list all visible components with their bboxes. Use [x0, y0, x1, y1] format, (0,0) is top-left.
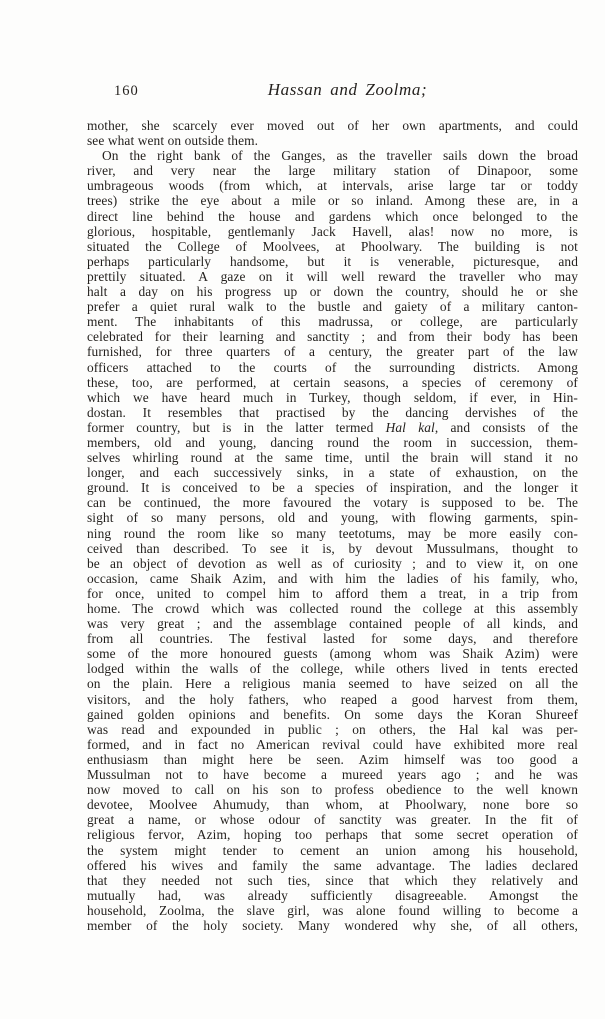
text-segment: was read and expounded in public ; on ot… [87, 722, 578, 737]
text-segment: offered his wives and family the same ad… [87, 858, 578, 873]
text-segment: household, Zoolma, the slave girl, was a… [87, 903, 578, 918]
text-line: that they needed not such ties, since th… [87, 873, 578, 888]
text-segment: these, too, are performed, at certain se… [87, 375, 578, 390]
text-segment: which we have heard much in Turkey, thou… [87, 390, 578, 405]
text-line: religious fervor, Azim, hoping too perha… [87, 827, 578, 842]
italic-term: Hal kal [386, 420, 435, 435]
text-line: for once, united to compel him to afford… [87, 586, 578, 601]
text-line: offered his wives and family the same ad… [87, 858, 578, 873]
text-segment: enthusiasm than might here be seen. Azim… [87, 752, 578, 767]
text-segment: from all countries. The festival lasted … [87, 631, 578, 646]
page-header: 160 Hassan and Zoolma; [87, 80, 578, 104]
text-line: these, too, are performed, at certain se… [87, 375, 578, 390]
text-segment: the system might tender to cement an uni… [87, 843, 578, 858]
text-segment: sight of so many persons, old and young,… [87, 510, 578, 525]
text-line: longer, and each successively sinks, in … [87, 465, 578, 480]
text-block: mother, she scarcely ever moved out of h… [87, 118, 578, 933]
text-line: which we have heard much in Turkey, thou… [87, 390, 578, 405]
text-segment: for once, united to compel him to afford… [87, 586, 578, 601]
text-line: glorious, hospitable, gentlemanly Jack H… [87, 224, 578, 239]
text-line: river, and very near the large military … [87, 163, 578, 178]
text-segment: ment. The inhabitants of this madrussa, … [87, 314, 578, 329]
text-line: furnished, for three quarters of a centu… [87, 344, 578, 359]
text-line: prettily situated. A gaze on it will wel… [87, 269, 578, 284]
text-line: now moved to call on his son to profess … [87, 782, 578, 797]
text-line: perhaps particularly handsome, but it is… [87, 254, 578, 269]
text-line: On the right bank of the Ganges, as the … [87, 148, 578, 163]
text-segment: prettily situated. A gaze on it will wel… [87, 269, 578, 284]
text-segment: can be continued, the more favoured the … [87, 495, 578, 510]
text-line: devotee, Moolvee Ahumudy, than whom, at … [87, 797, 578, 812]
running-title: Hassan and Zoolma; [87, 80, 578, 100]
text-line: some of the more honoured guests (among … [87, 646, 578, 661]
text-line: sight of so many persons, old and young,… [87, 510, 578, 525]
text-line: lodged within the walls of the college, … [87, 661, 578, 676]
text-line: household, Zoolma, the slave girl, was a… [87, 903, 578, 918]
text-segment: Mussulman not to have become a mureed ye… [87, 767, 578, 782]
text-line: the system might tender to cement an uni… [87, 843, 578, 858]
book-page: 160 Hassan and Zoolma; mother, she scarc… [0, 0, 605, 1019]
text-segment: prefer a quiet rural walk to the bustle … [87, 299, 578, 314]
text-line: celebrated for their learning and sancti… [87, 329, 578, 344]
text-segment: perhaps particularly handsome, but it is… [87, 254, 578, 269]
text-line: dostan. It resembles that practised by t… [87, 405, 578, 420]
text-line: be an object of devotion as well as of c… [87, 556, 578, 571]
text-line: formed, and in fact no American revival … [87, 737, 578, 752]
text-segment: visitors, and the holy fathers, who reap… [87, 692, 578, 707]
text-segment: ning round the room like so many teetotu… [87, 526, 578, 541]
text-line: visitors, and the holy fathers, who reap… [87, 692, 578, 707]
text-segment: devotee, Moolvee Ahumudy, than whom, at … [87, 797, 578, 812]
text-segment: dostan. It resembles that practised by t… [87, 405, 578, 420]
text-line: mutually had, was already sufficiently d… [87, 888, 578, 903]
text-segment: ground. It is conceived to be a species … [87, 480, 578, 495]
text-segment: religious fervor, Azim, hoping too perha… [87, 827, 578, 842]
text-line: trees) strike the eye about a mile or so… [87, 193, 578, 208]
text-line: see what went on outside them. [87, 133, 578, 148]
text-segment: occasion, came Shaik Azim, and with him … [87, 571, 578, 586]
text-segment: selves whirling round at the same time, … [87, 450, 578, 465]
text-line: was very great ; and the assemblage cont… [87, 616, 578, 631]
text-line: Mussulman not to have become a mureed ye… [87, 767, 578, 782]
text-line: can be continued, the more favoured the … [87, 495, 578, 510]
text-segment: be an object of devotion as well as of c… [87, 556, 578, 571]
text-line: situated the College of Moolvees, at Pho… [87, 239, 578, 254]
text-segment: officers attached to the courts of the s… [87, 360, 578, 375]
text-segment: now moved to call on his son to profess … [87, 782, 578, 797]
text-segment: mother, she scarcely ever moved out of h… [87, 118, 578, 133]
text-segment: great a name, or whose odour of sanctity… [87, 812, 578, 827]
text-segment: halt a day on his progress up or down th… [87, 284, 578, 299]
text-segment: , and consists of the [435, 420, 578, 435]
text-segment: river, and very near the large military … [87, 163, 578, 178]
text-line: officers attached to the courts of the s… [87, 360, 578, 375]
text-line: halt a day on his progress up or down th… [87, 284, 578, 299]
text-segment: celebrated for their learning and sancti… [87, 329, 578, 344]
text-line: prefer a quiet rural walk to the bustle … [87, 299, 578, 314]
text-segment: that they needed not such ties, since th… [87, 873, 578, 888]
text-segment: gained golden opinions and benefits. On … [87, 707, 578, 722]
text-line: member of the holy society. Many wondere… [87, 918, 578, 933]
text-segment: glorious, hospitable, gentlemanly Jack H… [87, 224, 578, 239]
text-segment: furnished, for three quarters of a centu… [87, 344, 578, 359]
text-line: was read and expounded in public ; on ot… [87, 722, 578, 737]
text-line: former country, but is in the latter ter… [87, 420, 578, 435]
text-line: great a name, or whose odour of sanctity… [87, 812, 578, 827]
text-line: selves whirling round at the same time, … [87, 450, 578, 465]
text-line: ning round the room like so many teetotu… [87, 526, 578, 541]
text-segment: trees) strike the eye about a mile or so… [87, 193, 578, 208]
text-segment: lodged within the walls of the college, … [87, 661, 578, 676]
text-segment: situated the College of Moolvees, at Pho… [87, 239, 578, 254]
text-segment: umbrageous woods (from which, at interva… [87, 178, 578, 193]
text-segment: was very great ; and the assemblage cont… [87, 616, 578, 631]
text-line: on the plain. Here a religious mania see… [87, 676, 578, 691]
text-segment: mutually had, was already sufficiently d… [87, 888, 578, 903]
text-line: ceived than described. To see it is, by … [87, 541, 578, 556]
text-segment: former country, but is in the latter ter… [87, 420, 386, 435]
text-segment: On the right bank of the Ganges, as the … [102, 148, 578, 163]
text-line: home. The crowd which was collected roun… [87, 601, 578, 616]
text-segment: ceived than described. To see it is, by … [87, 541, 578, 556]
text-line: direct line behind the house and gardens… [87, 209, 578, 224]
text-line: ground. It is conceived to be a species … [87, 480, 578, 495]
text-segment: see what went on outside them. [87, 133, 258, 148]
text-segment: some of the more honoured guests (among … [87, 646, 578, 661]
text-line: mother, she scarcely ever moved out of h… [87, 118, 578, 133]
text-line: members, old and young, dancing round th… [87, 435, 578, 450]
text-segment: members, old and young, dancing round th… [87, 435, 578, 450]
text-line: from all countries. The festival lasted … [87, 631, 578, 646]
text-segment: member of the holy society. Many wondere… [87, 918, 578, 933]
text-segment: longer, and each successively sinks, in … [87, 465, 578, 480]
text-segment: home. The crowd which was collected roun… [87, 601, 578, 616]
text-line: umbrageous woods (from which, at interva… [87, 178, 578, 193]
text-segment: direct line behind the house and gardens… [87, 209, 578, 224]
text-line: gained golden opinions and benefits. On … [87, 707, 578, 722]
text-line: enthusiasm than might here be seen. Azim… [87, 752, 578, 767]
text-segment: on the plain. Here a religious mania see… [87, 676, 578, 691]
text-line: ment. The inhabitants of this madrussa, … [87, 314, 578, 329]
page-number: 160 [114, 83, 139, 100]
text-line: occasion, came Shaik Azim, and with him … [87, 571, 578, 586]
text-segment: formed, and in fact no American revival … [87, 737, 578, 752]
